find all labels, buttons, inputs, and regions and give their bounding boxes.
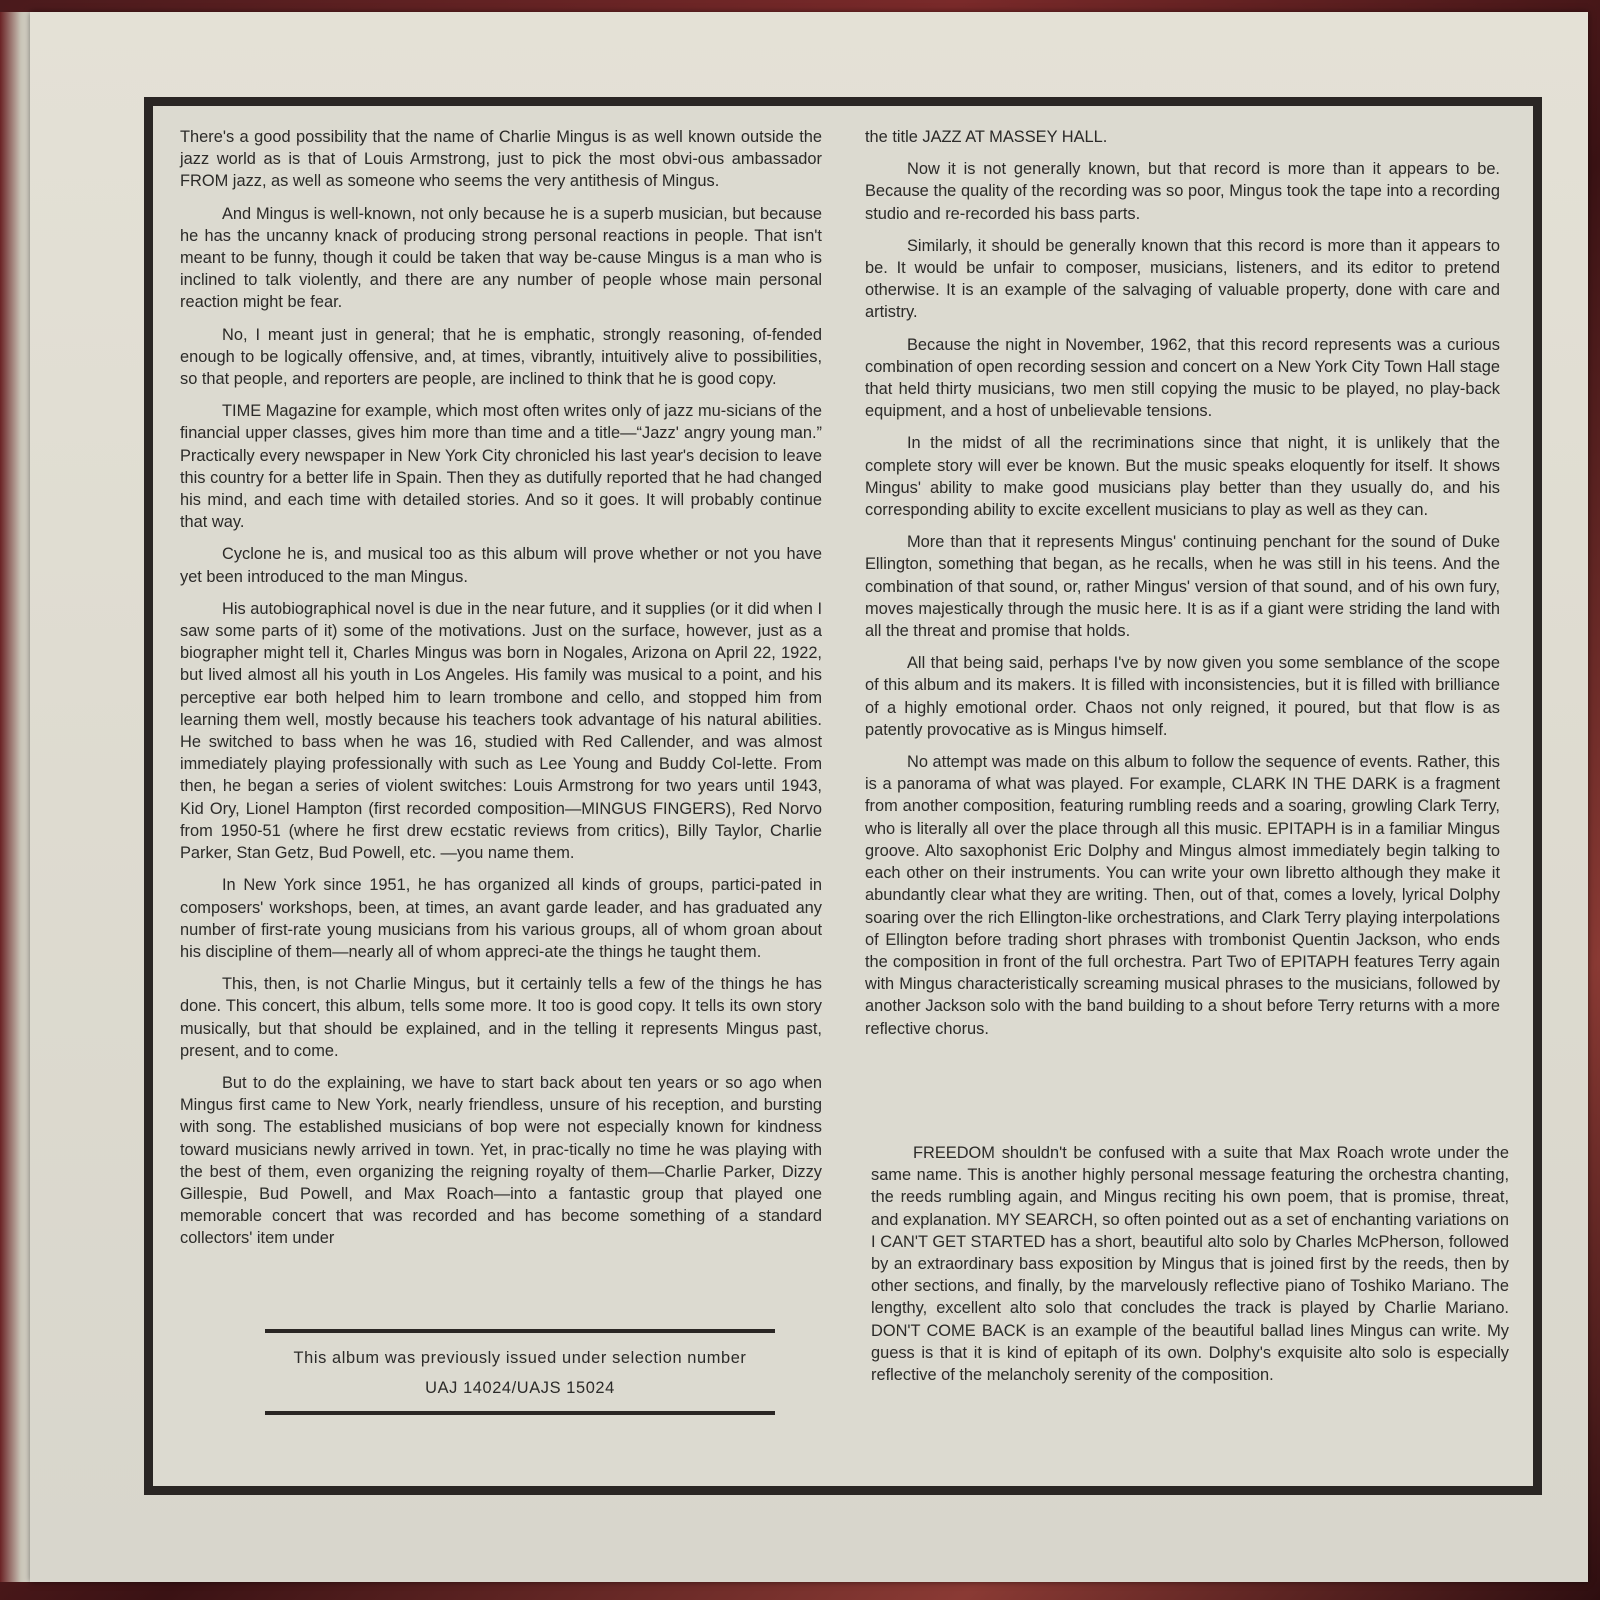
- paragraph: All that being said, perhaps I've by now…: [865, 652, 1500, 741]
- liner-notes-frame: There's a good possibility that the name…: [144, 97, 1542, 1495]
- paragraph: Because the night in November, 1962, tha…: [865, 334, 1500, 423]
- paragraph: Cyclone he is, and musical too as this a…: [180, 543, 822, 587]
- left-column: There's a good possibility that the name…: [180, 126, 822, 1260]
- paragraph: Now it is not generally known, but that …: [865, 158, 1500, 225]
- paragraph: His autobiographical novel is due in the…: [180, 598, 822, 864]
- paragraph: TIME Magazine for example, which most of…: [180, 400, 822, 533]
- reissue-notice: This album was previously issued under s…: [265, 1329, 775, 1415]
- paragraph: There's a good possibility that the name…: [180, 126, 822, 193]
- album-sleeve-back: There's a good possibility that the name…: [30, 12, 1588, 1582]
- paragraph: FREEDOM shouldn't be confused with a sui…: [871, 1142, 1509, 1386]
- selection-number: UAJ 14024/UAJS 15024: [265, 1373, 775, 1403]
- right-column: the title JAZZ AT MASSEY HALL.Now it is …: [865, 126, 1500, 1050]
- paragraph: More than that it represents Mingus' con…: [865, 531, 1500, 642]
- paragraph: But to do the explaining, we have to sta…: [180, 1072, 822, 1250]
- right-column-lower: FREEDOM shouldn't be confused with a sui…: [871, 1142, 1509, 1396]
- divider-bottom: [265, 1411, 775, 1415]
- paragraph: No attempt was made on this album to fol…: [865, 751, 1500, 1040]
- paragraph: the title JAZZ AT MASSEY HALL.: [865, 126, 1500, 148]
- paragraph: And Mingus is well-known, not only becau…: [180, 203, 822, 314]
- paragraph: This, then, is not Charlie Mingus, but i…: [180, 973, 822, 1062]
- paragraph: In New York since 1951, he has organized…: [180, 874, 822, 963]
- paragraph: In the midst of all the recriminations s…: [865, 432, 1500, 521]
- sleeve-fold: [0, 12, 30, 1582]
- reissue-notice-text: This album was previously issued under s…: [265, 1343, 775, 1373]
- paragraph: No, I meant just in general; that he is …: [180, 324, 822, 391]
- divider-top: [265, 1329, 775, 1333]
- paragraph: Similarly, it should be generally known …: [865, 235, 1500, 324]
